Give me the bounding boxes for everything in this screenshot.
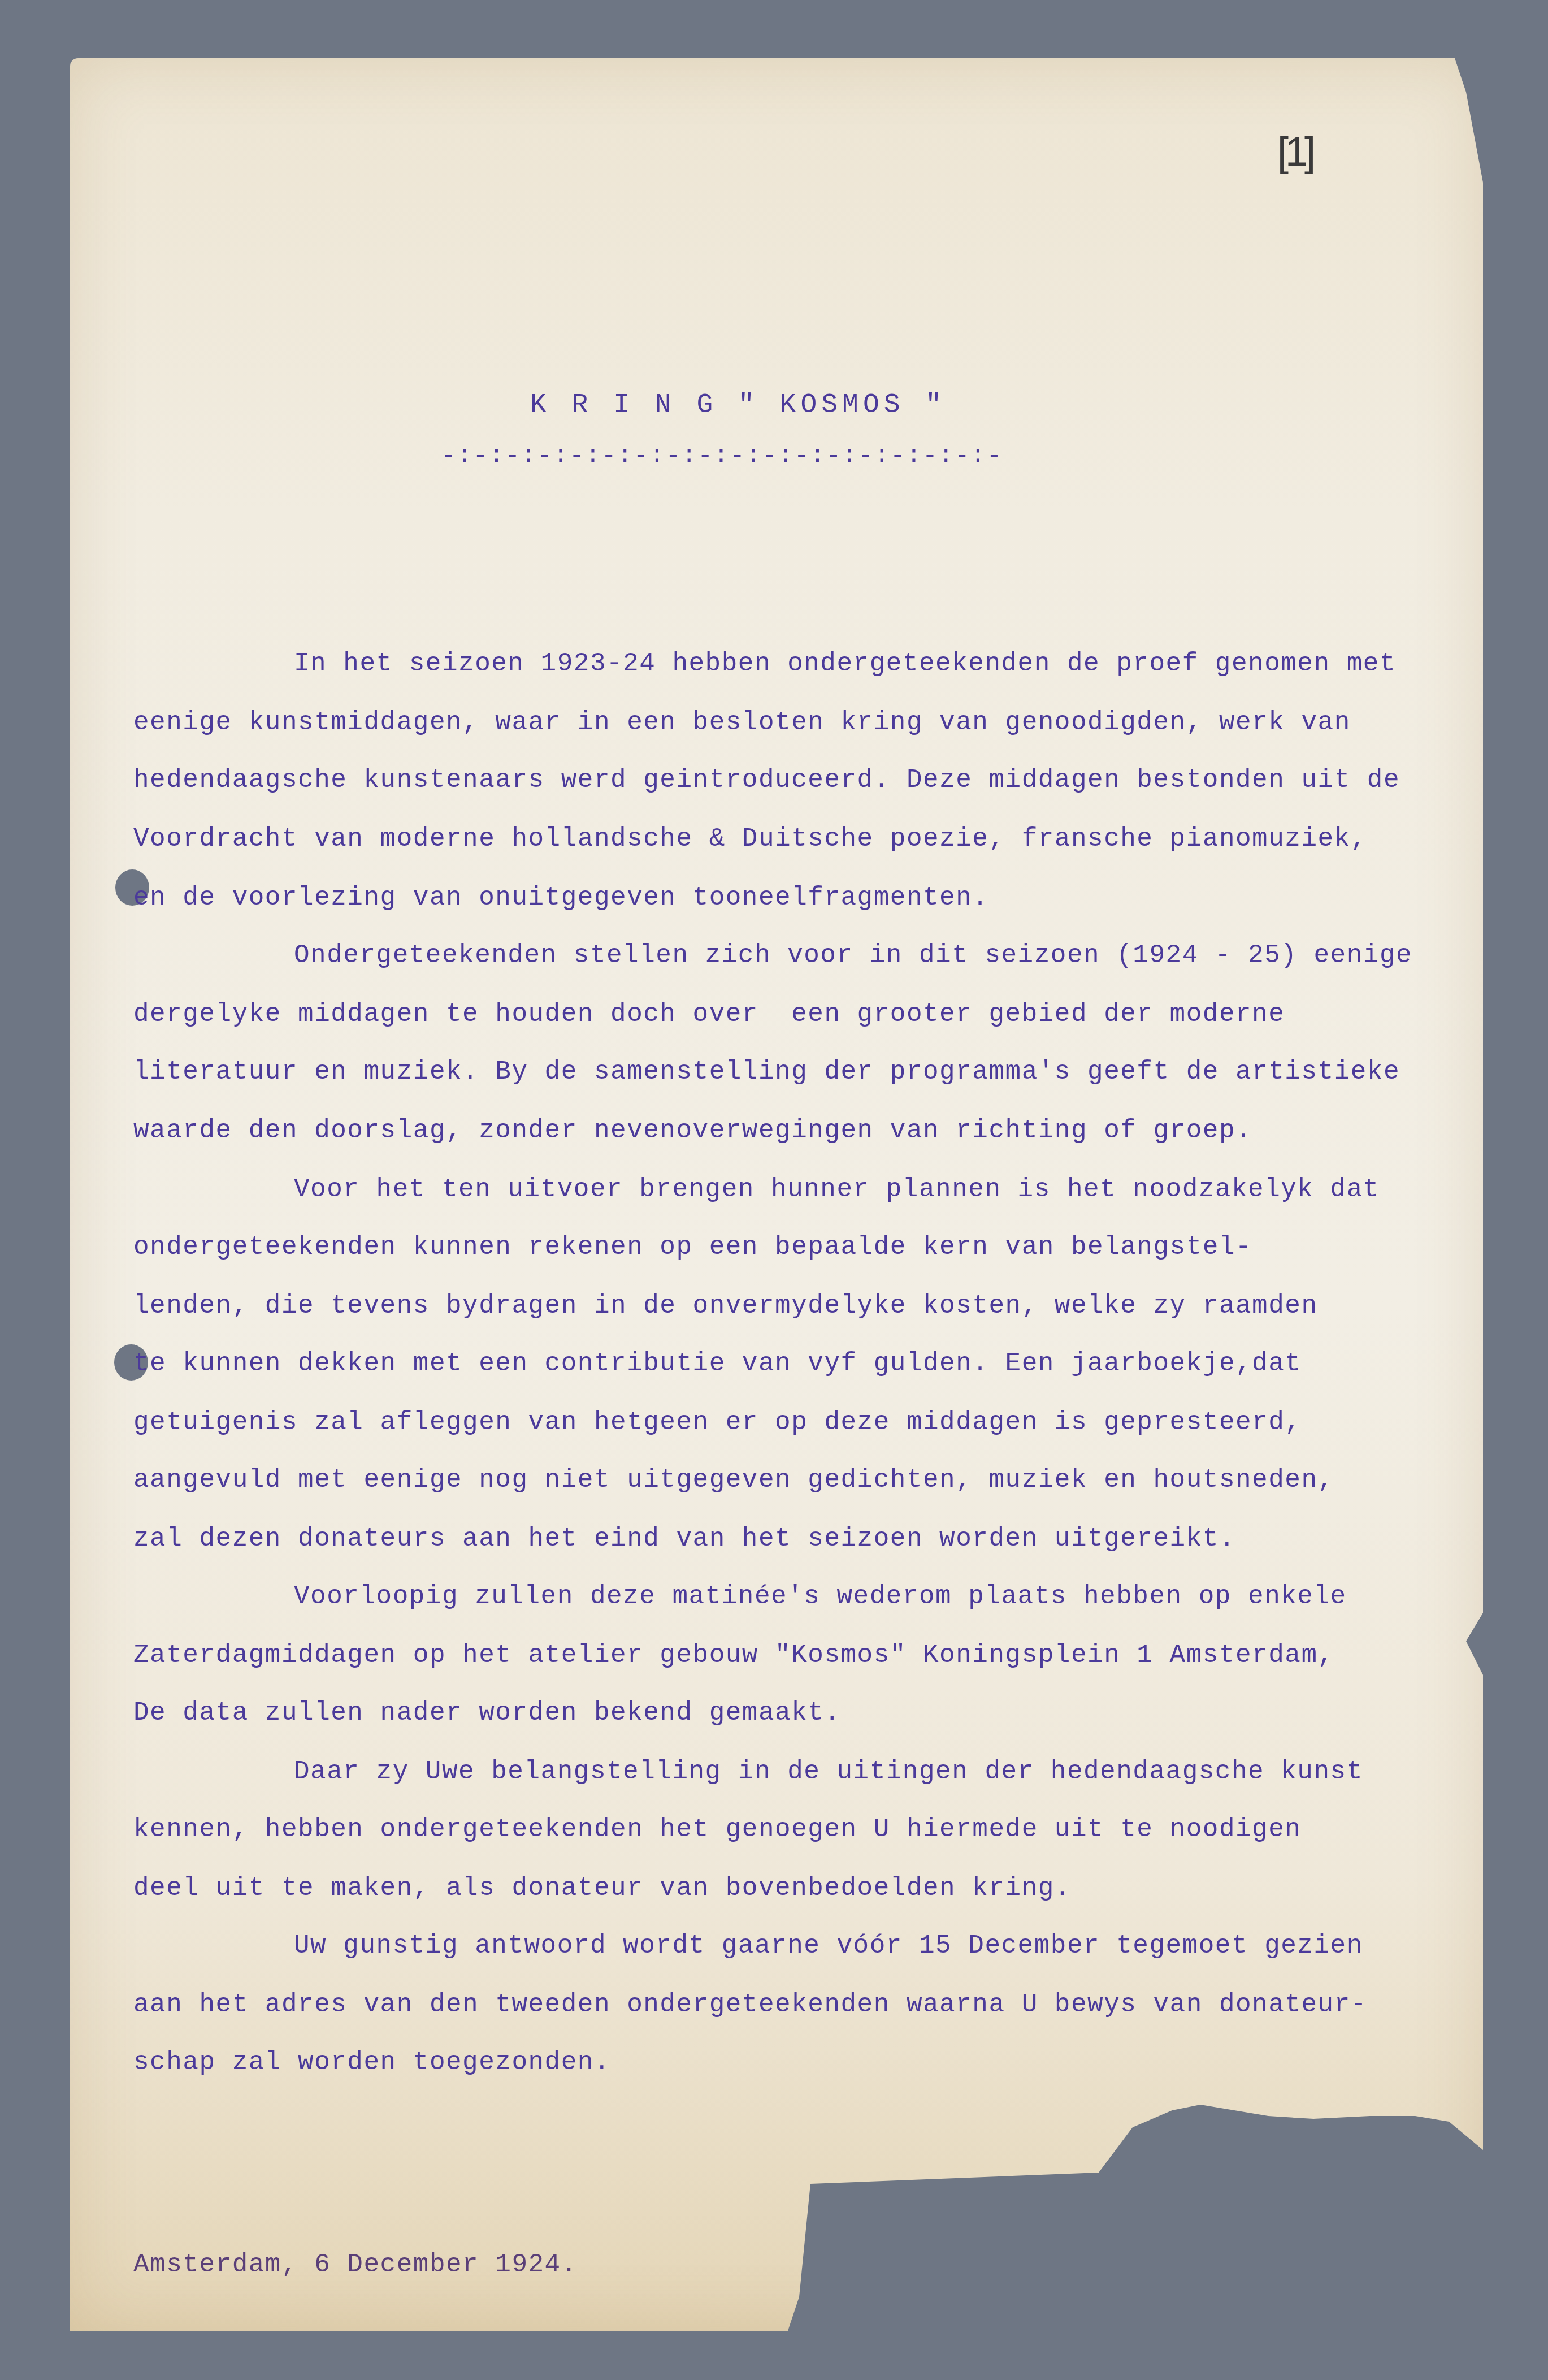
body-line: Daar zy Uwe belangstelling in de uitinge… (294, 1757, 1363, 1786)
body-line: De data zullen nader worden bekend gemaa… (133, 1698, 841, 1728)
body-line: Voordracht van moderne hollandsche & Dui… (133, 824, 1367, 854)
body-line: In het seizoen 1923-24 hebben ondergetee… (294, 649, 1396, 678)
body-line: Voorloopig zullen deze matinée's wederom… (294, 1582, 1347, 1611)
body-line: Ondergeteekenden stellen zich voor in di… (294, 941, 1412, 970)
body-line: schap zal worden toegezonden. (133, 2048, 610, 2077)
body-line: eenige kunstmiddagen, waar in een beslot… (133, 708, 1351, 737)
body-line: deel uit te maken, als donateur van bove… (133, 1873, 1071, 1903)
body-line: aan het adres van den tweeden ondergetee… (133, 1990, 1367, 2019)
body-line: Zaterdagmiddagen op het atelier gebouw "… (133, 1641, 1334, 1670)
body-line: lenden, die tevens bydragen in de onverm… (133, 1291, 1318, 1321)
body-line: aangevuld met eenige nog niet uitgegeven… (133, 1465, 1334, 1495)
body-line: zal dezen donateurs aan het eind van het… (133, 1524, 1235, 1554)
body-line: ondergeteekenden kunnen rekenen op een b… (133, 1232, 1252, 1262)
place-and-date: Amsterdam, 6 December 1924. (133, 2250, 578, 2279)
body-line: kennen, hebben ondergeteekenden het geno… (133, 1815, 1301, 1844)
title-separator: -:-:-:-:-:-:-:-:-:-:-:-:-:-:-:-:-:- (441, 442, 1003, 470)
body-line: en de voorlezing van onuitgegeven toonee… (133, 883, 988, 912)
body-line: literatuur en muziek. By de samenstellin… (133, 1057, 1400, 1087)
body-line: getuigenis zal afleggen van hetgeen er o… (133, 1408, 1301, 1437)
page-number-mark: [1] (1277, 129, 1312, 175)
body-line: Voor het ten uitvoer brengen hunner plan… (294, 1175, 1380, 1204)
body-line: te kunnen dekken met een contributie van… (133, 1349, 1301, 1378)
body-line: Uw gunstig antwoord wordt gaarne vóór 15… (294, 1931, 1363, 1961)
body-line: hedendaagsche kunstenaars werd geintrodu… (133, 765, 1400, 795)
document-title: K R I N G " KOSMOS " (530, 390, 946, 421)
body-line: dergelyke middagen te houden doch over e… (133, 999, 1285, 1029)
body-line: waarde den doorslag, zonder nevenoverweg… (133, 1116, 1252, 1145)
